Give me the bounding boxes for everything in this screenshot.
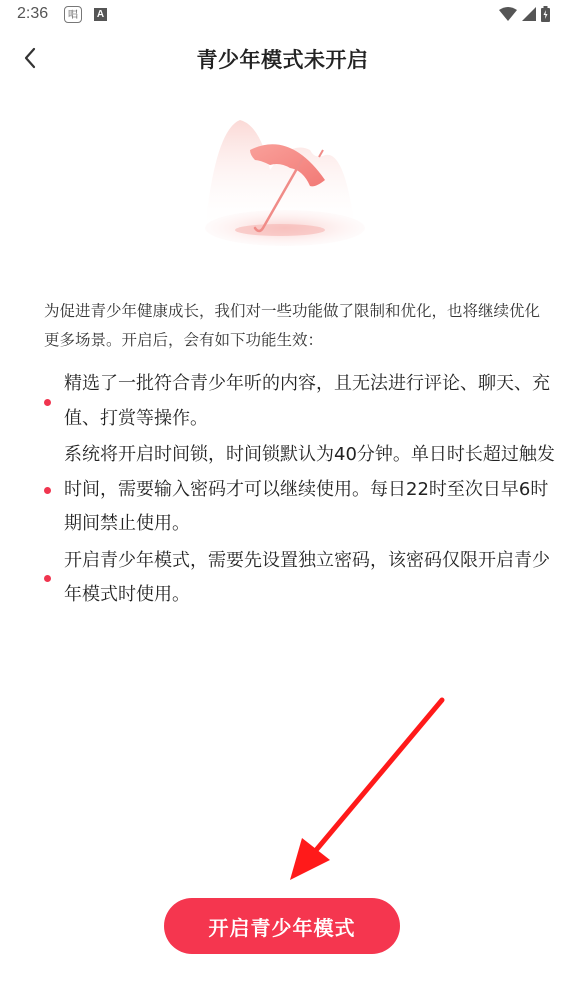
bullet-dot-icon [44, 575, 51, 582]
feature-item: 系统将开启时间锁，时间锁默认为40分钟。单日时长超过触发时间，需要输入密码才可以… [36, 438, 556, 542]
intro-text: 为促进青少年健康成长，我们对一些功能做了限制和优化，也将继续优化更多场景。开启后… [44, 297, 544, 355]
status-icons [499, 6, 550, 22]
umbrella-illustration [195, 110, 375, 275]
bullet-dot-icon [44, 399, 51, 406]
notification-app-icon: 唱 [64, 6, 82, 23]
annotation-arrow-icon [280, 690, 460, 890]
a-notification-icon: A [94, 8, 107, 21]
bullet-dot-icon [44, 487, 51, 494]
feature-text: 精选了一批符合青少年听的内容，且无法进行评论、聊天、充值、打赏等操作。 [64, 373, 550, 429]
feature-item: 精选了一批符合青少年听的内容，且无法进行评论、聊天、充值、打赏等操作。 [36, 367, 556, 436]
status-bar: 2:36 唱 A [0, 0, 565, 30]
signal-icon [522, 7, 536, 21]
feature-text: 开启青少年模式，需要先设置独立密码，该密码仅限开启青少年模式时使用。 [64, 550, 550, 606]
wifi-icon [499, 7, 517, 21]
feature-text: 系统将开启时间锁，时间锁默认为40分钟。单日时长超过触发时间，需要输入密码才可以… [64, 444, 555, 534]
enable-teen-mode-button[interactable]: 开启青少年模式 [164, 898, 400, 954]
status-time: 2:36 [17, 5, 48, 23]
header: 青少年模式未开启 [0, 30, 565, 86]
battery-charging-icon [541, 6, 550, 22]
feature-item: 开启青少年模式，需要先设置独立密码，该密码仅限开启青少年模式时使用。 [36, 544, 556, 613]
feature-list: 精选了一批符合青少年听的内容，且无法进行评论、聊天、充值、打赏等操作。 系统将开… [36, 367, 556, 615]
page-title: 青少年模式未开启 [0, 44, 565, 74]
